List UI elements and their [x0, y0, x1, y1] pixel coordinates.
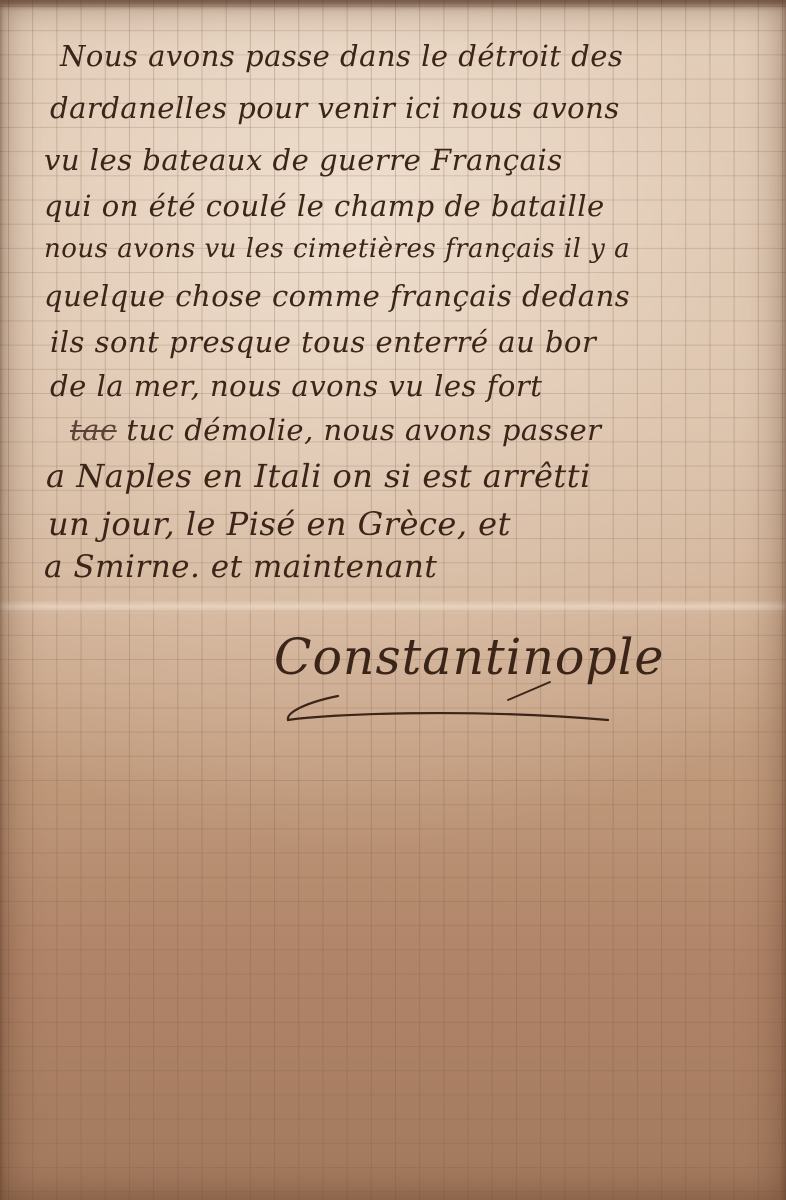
letter-line-11: un jour, le Pisé en Grèce, et	[48, 508, 511, 540]
letter-line-12: a Smirne. et maintenant	[44, 552, 437, 583]
signature-block: Constantinople	[268, 622, 668, 732]
letter-line-5: nous avons vu les cimetières français il…	[44, 236, 630, 262]
signature-underline-flourish-icon	[268, 622, 668, 732]
letter-line-4: qui on été coulé le champ de bataille	[44, 192, 605, 221]
letter-line-9: tac tuc démolie, nous avons passer	[70, 416, 602, 445]
letter-line-8: de la mer, nous avons vu les fort	[50, 372, 542, 401]
letter-line-7: ils sont presque tous enterré au bor	[50, 328, 596, 357]
letter-line-3: vu les bateaux de guerre Français	[44, 146, 563, 175]
letter-line-9-text: tuc démolie, nous avons passer	[126, 413, 601, 447]
letter-line-6: quelque chose comme français dedans	[44, 282, 630, 311]
paper-fold-line	[0, 600, 786, 614]
letter-body: Nous avons passe dans le détroit des dar…	[0, 0, 786, 600]
letter-page: Nous avons passe dans le détroit des dar…	[0, 0, 786, 1200]
letter-line-1: Nous avons passe dans le détroit des	[60, 42, 623, 71]
struck-through-word: tac	[70, 413, 117, 447]
letter-line-2: dardanelles pour venir ici nous avons	[50, 94, 620, 123]
letter-line-10: a Naples en Itali on si est arrêtti	[46, 460, 591, 492]
